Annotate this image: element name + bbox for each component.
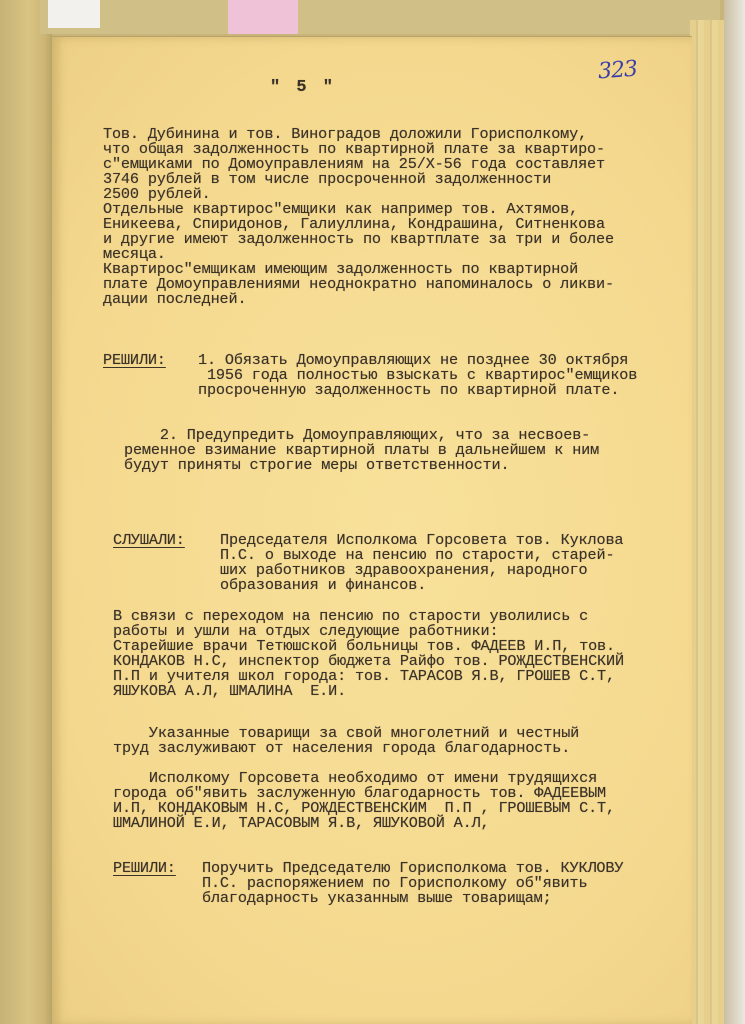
retirement-paragraph: В связи с переходом на пенсию по старост…: [113, 609, 624, 699]
binding-gutter: [0, 0, 52, 1024]
page-number: " 5 ": [270, 80, 336, 95]
text-line: и другие имеют задолженность по квартпла…: [103, 232, 614, 247]
text-line: ЯШУКОВА А.Л, ШМАЛИНА Е.И.: [113, 684, 624, 699]
decision-1-item-2: 2. Предупредить Домоуправляющих, что за …: [124, 428, 599, 473]
pink-bookmark-tab: [228, 0, 298, 34]
text-line: ШМАЛИНОЙ Е.И, ТАРАСОВЫМ Я.В, ЯШУКОВОЙ А.…: [113, 816, 615, 831]
gratitude-paragraph: Указанные товарищи за свой многолетний и…: [113, 726, 579, 756]
white-bookmark-tab: [48, 0, 100, 28]
decision-label-2: РЕШИЛИ:: [113, 861, 176, 876]
text-line: образования и финансов.: [220, 578, 623, 593]
decision-label-1: РЕШИЛИ:: [103, 353, 166, 368]
text-line: просроченную задолженность по квартирной…: [198, 383, 637, 398]
text-line: будут приняты строгие меры ответственнос…: [124, 458, 599, 473]
heard-label: СЛУШАЛИ:: [113, 533, 185, 548]
executive-paragraph: Исполкому Горсовета необходимо от имени …: [113, 771, 615, 831]
scan-edge: [724, 0, 745, 1024]
text-line: благодарность указанным выше товарищам;: [202, 891, 623, 906]
intro-paragraph: Тов. Дубинина и тов. Виноградов доложили…: [103, 127, 614, 307]
text-line: труд заслуживают от населения города бла…: [113, 741, 579, 756]
decision-2-text: Поручить Председателю Горисполкома тов. …: [202, 861, 623, 906]
decision-1-item-1: 1. Обязать Домоуправляющих не позднее 30…: [198, 353, 637, 398]
folio-number: 323: [597, 57, 638, 85]
text-line: дации последней.: [103, 292, 614, 307]
folder-cover: [40, 0, 720, 34]
heard-text: Председателя Исполкома Горсовета тов. Ку…: [220, 533, 623, 593]
